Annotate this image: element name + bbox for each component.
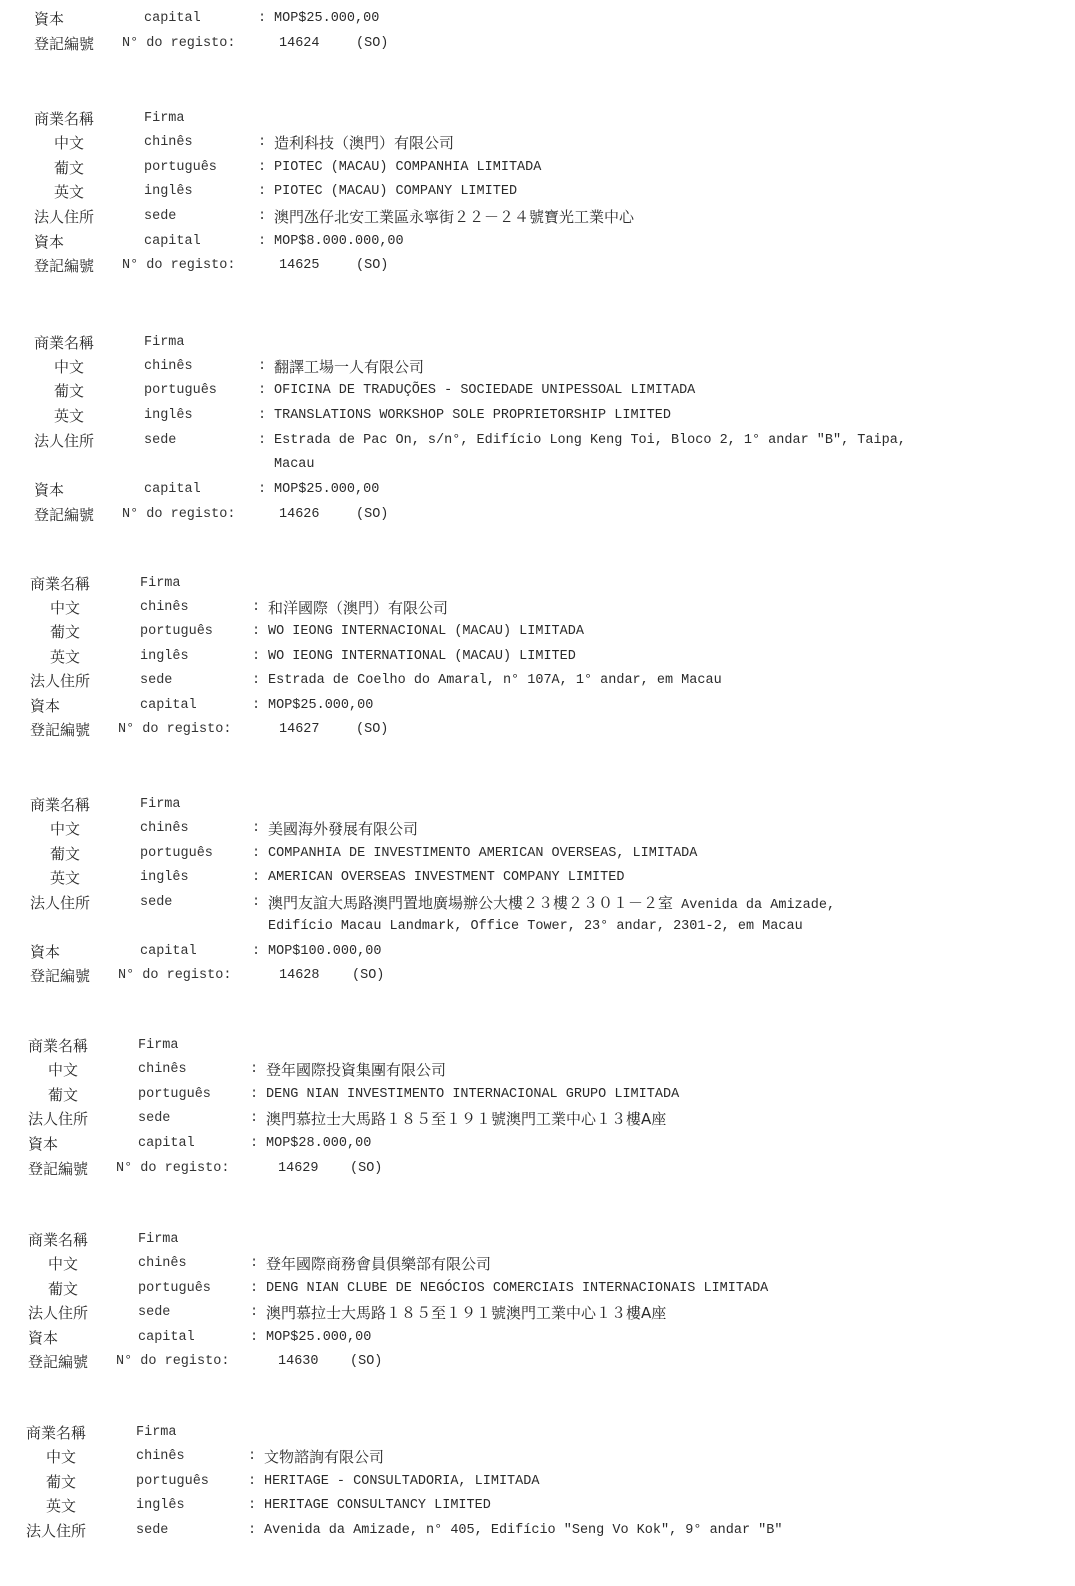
colon: : [258,231,266,253]
colon: : [252,941,260,963]
registo-label-zh: 登記編號 [34,504,94,526]
colon: : [252,597,260,619]
registo-number: 14630 [278,1351,319,1373]
capital-label-zh: 資本 [28,1133,58,1155]
english-name: WO IEONG INTERNATIONAL (MACAU) LIMITED [268,646,576,668]
registo-label-zh: 登記編號 [34,255,94,277]
colon: : [252,646,260,668]
portugues-label-zh: 葡文 [48,1278,78,1300]
sede-label-pt: sede [138,1302,170,1324]
colon: : [258,206,266,228]
colon: : [250,1133,258,1155]
colon: : [252,818,260,840]
colon: : [252,892,260,914]
chinese-name: 翻譯工場一人有限公司 [274,356,424,378]
colon: : [252,670,260,692]
registo-suffix: (SO) [356,504,388,526]
chines-label-pt: chinês [138,1059,187,1081]
sede-label-zh: 法人住所 [30,892,90,914]
sede-label-zh: 法人住所 [34,430,94,452]
portugues-label-pt: português [140,843,213,865]
firma-label-pt: Firma [140,573,181,595]
firma-label-pt: Firma [138,1229,179,1251]
registo-label-zh: 登記編號 [30,719,90,741]
registo-number: 14626 [279,504,320,526]
registo-number: 14628 [279,965,320,987]
capital-value: MOP$25.000,00 [274,479,379,501]
capital-label-pt: capital [138,1133,195,1155]
chines-label-pt: chinês [136,1446,185,1468]
sede-label-pt: sede [138,1108,170,1130]
capital-value: MOP$8.000.000,00 [274,231,404,253]
sede-label-pt: sede [140,892,172,914]
portuguese-name: DENG NIAN CLUBE DE NEGÓCIOS COMERCIAIS I… [266,1278,768,1300]
registo-label-zh: 登記編號 [34,33,94,55]
capital-label-zh: 資本 [28,1327,58,1349]
colon: : [258,380,266,402]
registo-label-pt: N° do registo: [118,965,231,987]
english-name: AMERICAN OVERSEAS INVESTMENT COMPANY LIM… [268,867,624,889]
registo-label-zh: 登記編號 [30,965,90,987]
colon: : [250,1327,258,1349]
capital-label-pt: capital [140,695,197,717]
firma-label-zh: 商業名稱 [28,1229,88,1251]
sede-address-chinese: 澳門友誼大馬路澳門置地廣場辦公大樓２３樓２３０１－２室 [268,894,673,912]
registo-suffix: (SO) [352,965,384,987]
capital-label-zh: 資本 [34,479,64,501]
chines-label-pt: chinês [138,1253,187,1275]
portugues-label-pt: português [144,380,217,402]
registo-label-pt: N° do registo: [122,504,235,526]
english-name: TRANSLATIONS WORKSHOP SOLE PROPRIETORSHI… [274,405,671,427]
registo-label-zh: 登記編號 [28,1351,88,1373]
firma-label-pt: Firma [144,332,185,354]
registo-suffix: (SO) [356,33,388,55]
registo-number: 14627 [279,719,320,741]
chines-label-zh: 中文 [48,1059,78,1081]
chines-label-pt: chinês [144,132,193,154]
sede-address: Estrada de Pac On, s/n°, Edifício Long K… [274,430,906,452]
capital-label-pt: capital [140,941,197,963]
registo-label-pt: N° do registo: [116,1351,229,1373]
colon: : [250,1108,258,1130]
firma-label-zh: 商業名稱 [30,794,90,816]
colon: : [250,1278,258,1300]
capital-label-pt: capital [138,1327,195,1349]
ingles-label-zh: 英文 [54,405,84,427]
firma-label-zh: 商業名稱 [34,108,94,130]
portugues-label-zh: 葡文 [48,1084,78,1106]
registo-suffix: (SO) [350,1158,382,1180]
sede-address: 澳門慕拉士大馬路１８５至１９１號澳門工業中心１３樓A座 [266,1302,666,1324]
chines-label-zh: 中文 [46,1446,76,1468]
colon: : [252,621,260,643]
colon: : [248,1520,256,1542]
capital-label-zh: 資本 [34,231,64,253]
colon: : [252,695,260,717]
firma-label-pt: Firma [136,1422,177,1444]
portugues-label-pt: português [138,1084,211,1106]
capital-value: MOP$25.000,00 [268,695,373,717]
portuguese-name: HERITAGE - CONSULTADORIA, LIMITADA [264,1471,539,1493]
portugues-label-pt: português [144,157,217,179]
sede-label-pt: sede [144,430,176,452]
sede-address-portuguese: Avenida da Amizade, [681,898,835,913]
chines-label-pt: chinês [144,356,193,378]
chines-label-zh: 中文 [50,597,80,619]
sede-address-line2: Macau [274,454,315,476]
portugues-label-zh: 葡文 [46,1471,76,1493]
colon: : [250,1059,258,1081]
registo-suffix: (SO) [350,1351,382,1373]
registo-number: 14629 [278,1158,319,1180]
sede-address: Avenida da Amizade, n° 405, Edifício "Se… [264,1520,782,1542]
sede-label-zh: 法人住所 [30,670,90,692]
ingles-label-pt: inglês [136,1495,185,1517]
portuguese-name: COMPANHIA DE INVESTIMENTO AMERICAN OVERS… [268,843,697,865]
colon: : [258,157,266,179]
firma-label-pt: Firma [140,794,181,816]
colon: : [250,1253,258,1275]
portuguese-name: PIOTEC (MACAU) COMPANHIA LIMITADA [274,157,541,179]
capital-label-pt: capital [144,8,201,30]
capital-value: MOP$28.000,00 [266,1133,371,1155]
colon: : [252,843,260,865]
chinese-name: 登年國際投資集團有限公司 [266,1059,446,1081]
chinese-name: 和洋國際（澳門）有限公司 [268,597,448,619]
portugues-label-pt: português [138,1278,211,1300]
chinese-name: 美國海外發展有限公司 [268,818,418,840]
registo-label-zh: 登記編號 [28,1158,88,1180]
capital-value: MOP$100.000,00 [268,941,381,963]
portuguese-name: WO IEONG INTERNACIONAL (MACAU) LIMITADA [268,621,584,643]
sede-address: 澳門慕拉士大馬路１８５至１９１號澳門工業中心１３樓A座 [266,1108,666,1130]
portuguese-name: DENG NIAN INVESTIMENTO INTERNACIONAL GRU… [266,1084,679,1106]
english-name: HERITAGE CONSULTANCY LIMITED [264,1495,491,1517]
colon: : [248,1446,256,1468]
registo-label-pt: N° do registo: [122,33,235,55]
sede-label-pt: sede [136,1520,168,1542]
sede-address: 澳門氹仔北安工業區永寧街２２－２４號寶光工業中心 [274,206,634,228]
colon: : [258,479,266,501]
firma-label-zh: 商業名稱 [30,573,90,595]
chines-label-pt: chinês [140,818,189,840]
chines-label-zh: 中文 [54,356,84,378]
firma-label-pt: Firma [144,108,185,130]
registo-label-pt: N° do registo: [122,255,235,277]
registo-number: 14625 [279,255,320,277]
capital-value: MOP$25.000,00 [266,1327,371,1349]
capital-label-zh: 資本 [34,8,64,30]
ingles-label-zh: 英文 [46,1495,76,1517]
ingles-label-pt: inglês [140,646,189,668]
sede-label-zh: 法人住所 [34,206,94,228]
colon: : [258,181,266,203]
chines-label-pt: chinês [140,597,189,619]
colon: : [258,132,266,154]
registo-suffix: (SO) [356,255,388,277]
registo-suffix: (SO) [356,719,388,741]
chines-label-zh: 中文 [48,1253,78,1275]
colon: : [258,356,266,378]
capital-label-zh: 資本 [30,941,60,963]
chinese-name: 登年國際商務會員俱樂部有限公司 [266,1253,491,1275]
colon: : [252,867,260,889]
firma-label-zh: 商業名稱 [28,1035,88,1057]
portugues-label-zh: 葡文 [54,380,84,402]
english-name: PIOTEC (MACAU) COMPANY LIMITED [274,181,517,203]
colon: : [250,1084,258,1106]
chines-label-zh: 中文 [50,818,80,840]
sede-address: Estrada de Coelho do Amaral, n° 107A, 1°… [268,670,722,692]
ingles-label-pt: inglês [140,867,189,889]
portugues-label-pt: português [136,1471,209,1493]
portugues-label-pt: português [140,621,213,643]
sede-label-zh: 法人住所 [26,1520,86,1542]
ingles-label-zh: 英文 [50,646,80,668]
sede-label-zh: 法人住所 [28,1302,88,1324]
chinese-name: 造利科技（澳門）有限公司 [274,132,454,154]
capital-label-zh: 資本 [30,695,60,717]
portugues-label-zh: 葡文 [50,621,80,643]
sede-label-pt: sede [140,670,172,692]
colon: : [258,8,266,30]
sede-label-zh: 法人住所 [28,1108,88,1130]
portugues-label-zh: 葡文 [50,843,80,865]
sede-address-line2: Edifício Macau Landmark, Office Tower, 2… [268,916,803,938]
chinese-name: 文物諮詢有限公司 [264,1446,384,1468]
portuguese-name: OFICINA DE TRADUÇÕES - SOCIEDADE UNIPESS… [274,380,695,402]
firma-label-zh: 商業名稱 [34,332,94,354]
colon: : [248,1471,256,1493]
capital-value: MOP$25.000,00 [274,8,379,30]
chines-label-zh: 中文 [54,132,84,154]
ingles-label-zh: 英文 [50,867,80,889]
ingles-label-pt: inglês [144,405,193,427]
capital-label-pt: capital [144,231,201,253]
registo-label-pt: N° do registo: [116,1158,229,1180]
registo-label-pt: N° do registo: [118,719,231,741]
portugues-label-zh: 葡文 [54,157,84,179]
sede-label-pt: sede [144,206,176,228]
colon: : [258,430,266,452]
registo-number: 14624 [279,33,320,55]
firma-label-pt: Firma [138,1035,179,1057]
capital-label-pt: capital [144,479,201,501]
colon: : [250,1302,258,1324]
ingles-label-zh: 英文 [54,181,84,203]
colon: : [248,1495,256,1517]
firma-label-zh: 商業名稱 [26,1422,86,1444]
colon: : [258,405,266,427]
ingles-label-pt: inglês [144,181,193,203]
sede-address: 澳門友誼大馬路澳門置地廣場辦公大樓２３樓２３０１－２室 Avenida da A… [268,892,835,917]
